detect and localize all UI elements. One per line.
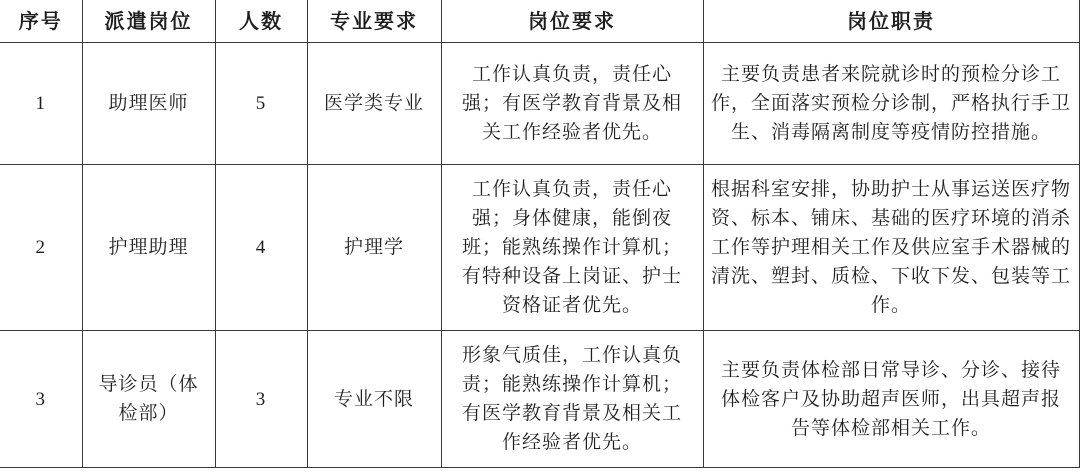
cell-headcount: 5 [215, 43, 307, 165]
table-row: 3 导诊员（体检部） 3 专业不限 形象气质佳，工作认真负责；能熟练操作计算机；… [0, 331, 1079, 468]
header-row: 序号 派遣岗位 人数 专业要求 岗位要求 岗位职责 [0, 0, 1079, 43]
cell-position: 助理医师 [82, 43, 215, 165]
header-major: 专业要求 [307, 0, 441, 43]
header-index: 序号 [0, 0, 82, 43]
recruitment-table: 序号 派遣岗位 人数 专业要求 岗位要求 岗位职责 1 助理医师 5 医学类专业… [0, 0, 1080, 468]
cell-index: 1 [0, 43, 82, 165]
cell-index: 3 [0, 331, 82, 468]
cell-headcount: 4 [215, 165, 307, 331]
header-headcount: 人数 [215, 0, 307, 43]
cell-major: 护理学 [307, 165, 441, 331]
cell-headcount: 3 [215, 331, 307, 468]
header-duties: 岗位职责 [703, 0, 1079, 43]
cell-requirements: 工作认真负责，责任心强；有医学教育背景及相关工作经验者优先。 [441, 43, 703, 165]
cell-position: 护理助理 [82, 165, 215, 331]
cell-position: 导诊员（体检部） [82, 331, 215, 468]
cell-index: 2 [0, 165, 82, 331]
cell-major: 医学类专业 [307, 43, 441, 165]
table-row: 2 护理助理 4 护理学 工作认真负责，责任心强；身体健康，能倒夜班；能熟练操作… [0, 165, 1079, 331]
cell-duties: 根据科室安排，协助护士从事运送医疗物资、标本、铺床、基础的医疗环境的消杀工作等护… [703, 165, 1079, 331]
header-requirements: 岗位要求 [441, 0, 703, 43]
cell-requirements: 形象气质佳，工作认真负责；能熟练操作计算机；有医学教育背景及相关工作经验者优先。 [441, 331, 703, 468]
cell-duties: 主要负责体检部日常导诊、分诊、接待体检客户及协助超声医师，出具超声报告等体检部相… [703, 331, 1079, 468]
header-position: 派遣岗位 [82, 0, 215, 43]
cell-requirements: 工作认真负责，责任心强；身体健康，能倒夜班；能熟练操作计算机；有特种设备上岗证、… [441, 165, 703, 331]
table-row: 1 助理医师 5 医学类专业 工作认真负责，责任心强；有医学教育背景及相关工作经… [0, 43, 1079, 165]
cell-major: 专业不限 [307, 331, 441, 468]
cell-duties: 主要负责患者来院就诊时的预检分诊工作，全面落实预检分诊制，严格执行手卫生、消毒隔… [703, 43, 1079, 165]
